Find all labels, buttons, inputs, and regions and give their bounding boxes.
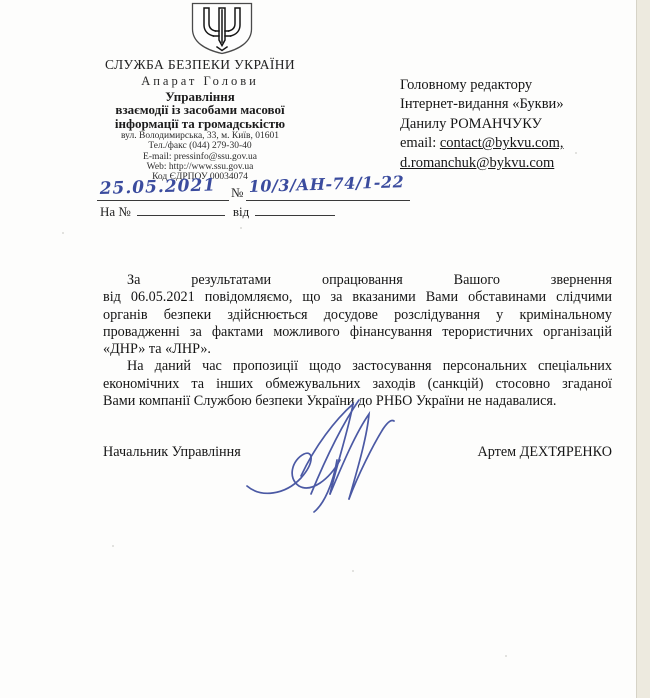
recipient-media: Інтернет-видання «Букви»	[400, 95, 635, 114]
address-email: E-mail: pressinfo@ssu.gov.ua	[45, 152, 355, 162]
recipient-email-line: email: contact@bykvu.com,	[400, 134, 635, 153]
recipient-person: Данилу РОМАНЧУКУ	[400, 115, 635, 134]
recipient-email-1: contact@bykvu.com,	[440, 135, 564, 151]
body-line: «ДНР» та «ЛНР».	[103, 341, 612, 358]
reply-vid-label: від	[233, 204, 249, 219]
address-phone: Тел./факс (044) 279-30-40	[45, 141, 355, 151]
recipient-email-2: d.romanchuk@bykvu.com	[400, 155, 554, 171]
body-line: На даний час пропозиції щодо застосуванн…	[103, 358, 612, 375]
recipient-block: Головному редактору Інтернет-видання «Бу…	[400, 76, 635, 173]
body-line: провадженні за фактами можливого фінансу…	[103, 324, 612, 341]
reply-date-blank	[255, 203, 335, 216]
letter-body: За результатами опрацювання Вашого зверн…	[103, 272, 612, 410]
recipient-role: Головному редактору	[400, 76, 635, 95]
handwritten-date: 25.05.2021	[99, 175, 216, 199]
org-department: Апарат Голови	[45, 74, 355, 89]
scan-speck	[62, 232, 64, 234]
scan-speck	[240, 227, 242, 229]
scanned-letter-page: СЛУЖБА БЕЗПЕКИ УКРАЇНИ Апарат Голови Упр…	[0, 0, 650, 698]
handwritten-signature	[243, 398, 395, 518]
division-line: інформації та громадськістю	[45, 117, 355, 130]
signer-position: Начальник Управління	[103, 444, 241, 461]
reply-number-blank	[137, 203, 225, 216]
address-web: Web: http://www.ssu.gov.ua	[45, 162, 355, 172]
scan-speck	[352, 570, 354, 572]
address-street: вул. Володимирська, 33, м. Київ, 01601	[45, 131, 355, 141]
body-line: економічних та інших обмежувальних заход…	[103, 376, 612, 393]
body-line: від 06.05.2021 повідомляємо, що за вказа…	[103, 289, 612, 306]
division-line: Управління	[45, 90, 355, 103]
scan-speck	[505, 655, 507, 657]
org-division: Управління взаємодії із засобами масової…	[45, 90, 355, 130]
number-blank-line	[246, 199, 410, 201]
number-sign: №	[231, 185, 243, 201]
org-name: СЛУЖБА БЕЗПЕКИ УКРАЇНИ	[45, 57, 355, 73]
signer-name: Артем ДЕХТЯРЕНКО	[477, 444, 612, 461]
recipient-email-line: d.romanchuk@bykvu.com	[400, 154, 635, 173]
reply-na-label: На №	[100, 204, 131, 219]
reply-reference-row: На №від	[100, 203, 335, 220]
body-line: органів безпеки здійснюється досудове ро…	[103, 307, 612, 324]
date-blank-line	[97, 199, 229, 201]
scan-speck	[112, 545, 114, 547]
handwritten-ref-number: 10/3/АН-74/1-22	[248, 172, 404, 196]
ukraine-trident-emblem-icon	[191, 2, 253, 55]
body-line: За результатами опрацювання Вашого зверн…	[103, 272, 612, 289]
email-label: email:	[400, 135, 440, 151]
scan-page-edge	[636, 0, 650, 698]
division-line: взаємодії із засобами масової	[45, 103, 355, 116]
